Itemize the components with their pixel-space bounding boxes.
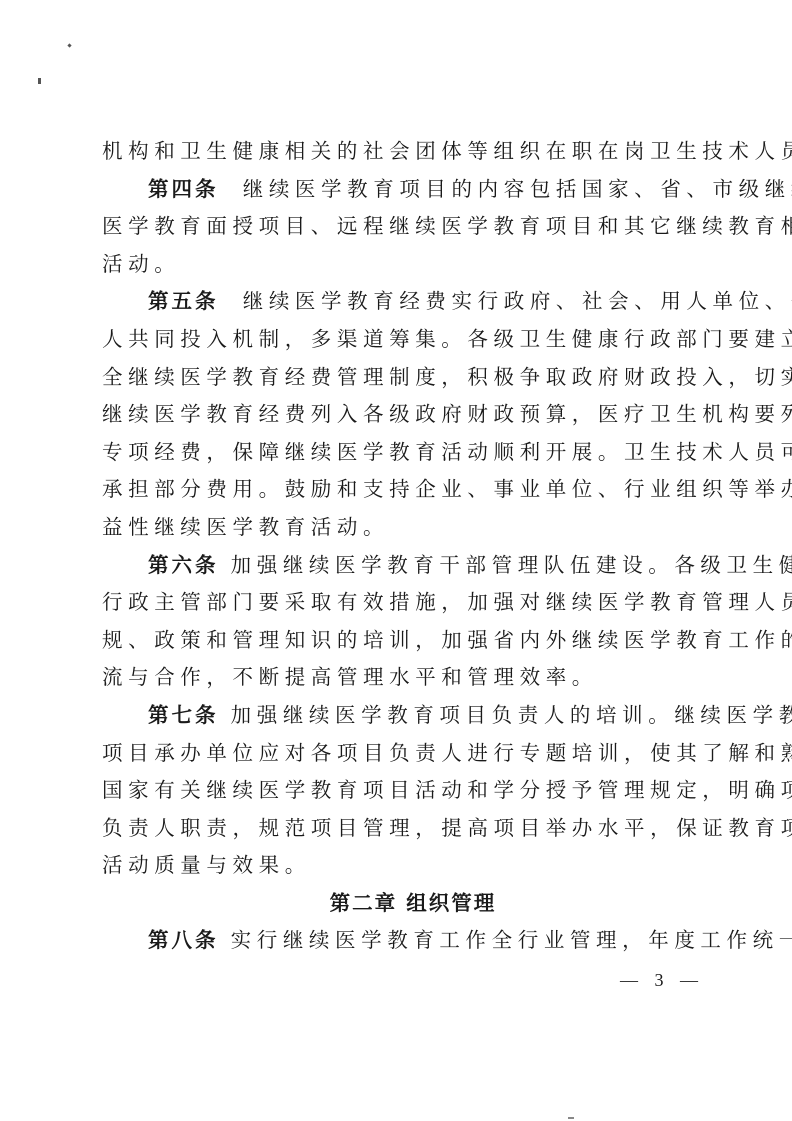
scan-speck: [38, 78, 41, 84]
text-line: 继续医学教育项目的内容包括国家、省、市级继续: [243, 177, 792, 201]
document-body: 机构和卫生健康相关的社会团体等组织在职在岗卫生技术人员。 第四条 继续医学教育项…: [102, 133, 704, 960]
text-line: 人共同投入机制，多渠道筹集。各级卫生健康行政部门要建立健: [102, 321, 704, 359]
article-6-line: 第六条 加强继续医学教育干部管理队伍建设。各级卫生健康: [102, 547, 704, 585]
text-line: 继续医学教育经费列入各级政府财政预算，医疗卫生机构要列支: [102, 396, 704, 434]
text-line: 加强继续医学教育项目负责人的培训。继续医学教育: [231, 703, 792, 727]
text-line: 规、政策和管理知识的培训，加强省内外继续医学教育工作的交: [102, 622, 704, 660]
text-line: 专项经费，保障继续医学教育活动顺利开展。卫生技术人员可以: [102, 434, 704, 472]
text-line: 全继续医学教育经费管理制度，积极争取政府财政投入，切实把: [102, 359, 704, 397]
article-4-line: 第四条 继续医学教育项目的内容包括国家、省、市级继续: [102, 171, 704, 209]
scan-speck: [568, 1117, 574, 1119]
article-8-line: 第八条 实行继续医学教育工作全行业管理，年度工作统一规: [102, 922, 704, 960]
article-7-line: 第七条 加强继续医学教育项目负责人的培训。继续医学教育: [102, 697, 704, 735]
chapter-heading: 第二章 组织管理: [102, 885, 704, 923]
text-line: 加强继续医学教育干部管理队伍建设。各级卫生健康: [231, 553, 792, 577]
article-label: 第八条: [148, 928, 219, 952]
article-label: 第五条: [148, 289, 219, 313]
text-line: 负责人职责，规范项目管理，提高项目举办水平，保证教育项目: [102, 810, 704, 848]
scan-speck: [67, 43, 71, 47]
text-line: 国家有关继续医学教育项目活动和学分授予管理规定，明确项目: [102, 772, 704, 810]
text-line: 实行继续医学教育工作全行业管理，年度工作统一规: [231, 928, 792, 952]
text-line: 流与合作，不断提高管理水平和管理效率。: [102, 659, 704, 697]
text-line: 活动质量与效果。: [102, 847, 704, 885]
text-line: 行政主管部门要采取有效措施，加强对继续医学教育管理人员法: [102, 584, 704, 622]
page-number: — 3 —: [620, 970, 704, 991]
text-line: 继续医学教育经费实行政府、社会、用人单位、个: [243, 289, 792, 313]
article-label: 第六条: [148, 553, 219, 577]
article-5-line: 第五条 继续医学教育经费实行政府、社会、用人单位、个: [102, 283, 704, 321]
text-line: 益性继续医学教育活动。: [102, 509, 704, 547]
article-label: 第七条: [148, 703, 219, 727]
text-line: 活动。: [102, 246, 704, 284]
article-label: 第四条: [148, 177, 219, 201]
text-line: 医学教育面授项目、远程继续医学教育项目和其它继续教育相关: [102, 208, 704, 246]
text-line: 机构和卫生健康相关的社会团体等组织在职在岗卫生技术人员。: [102, 133, 704, 171]
text-line: 项目承办单位应对各项目负责人进行专题培训，使其了解和熟悉: [102, 735, 704, 773]
text-line: 承担部分费用。鼓励和支持企业、事业单位、行业组织等举办公: [102, 471, 704, 509]
